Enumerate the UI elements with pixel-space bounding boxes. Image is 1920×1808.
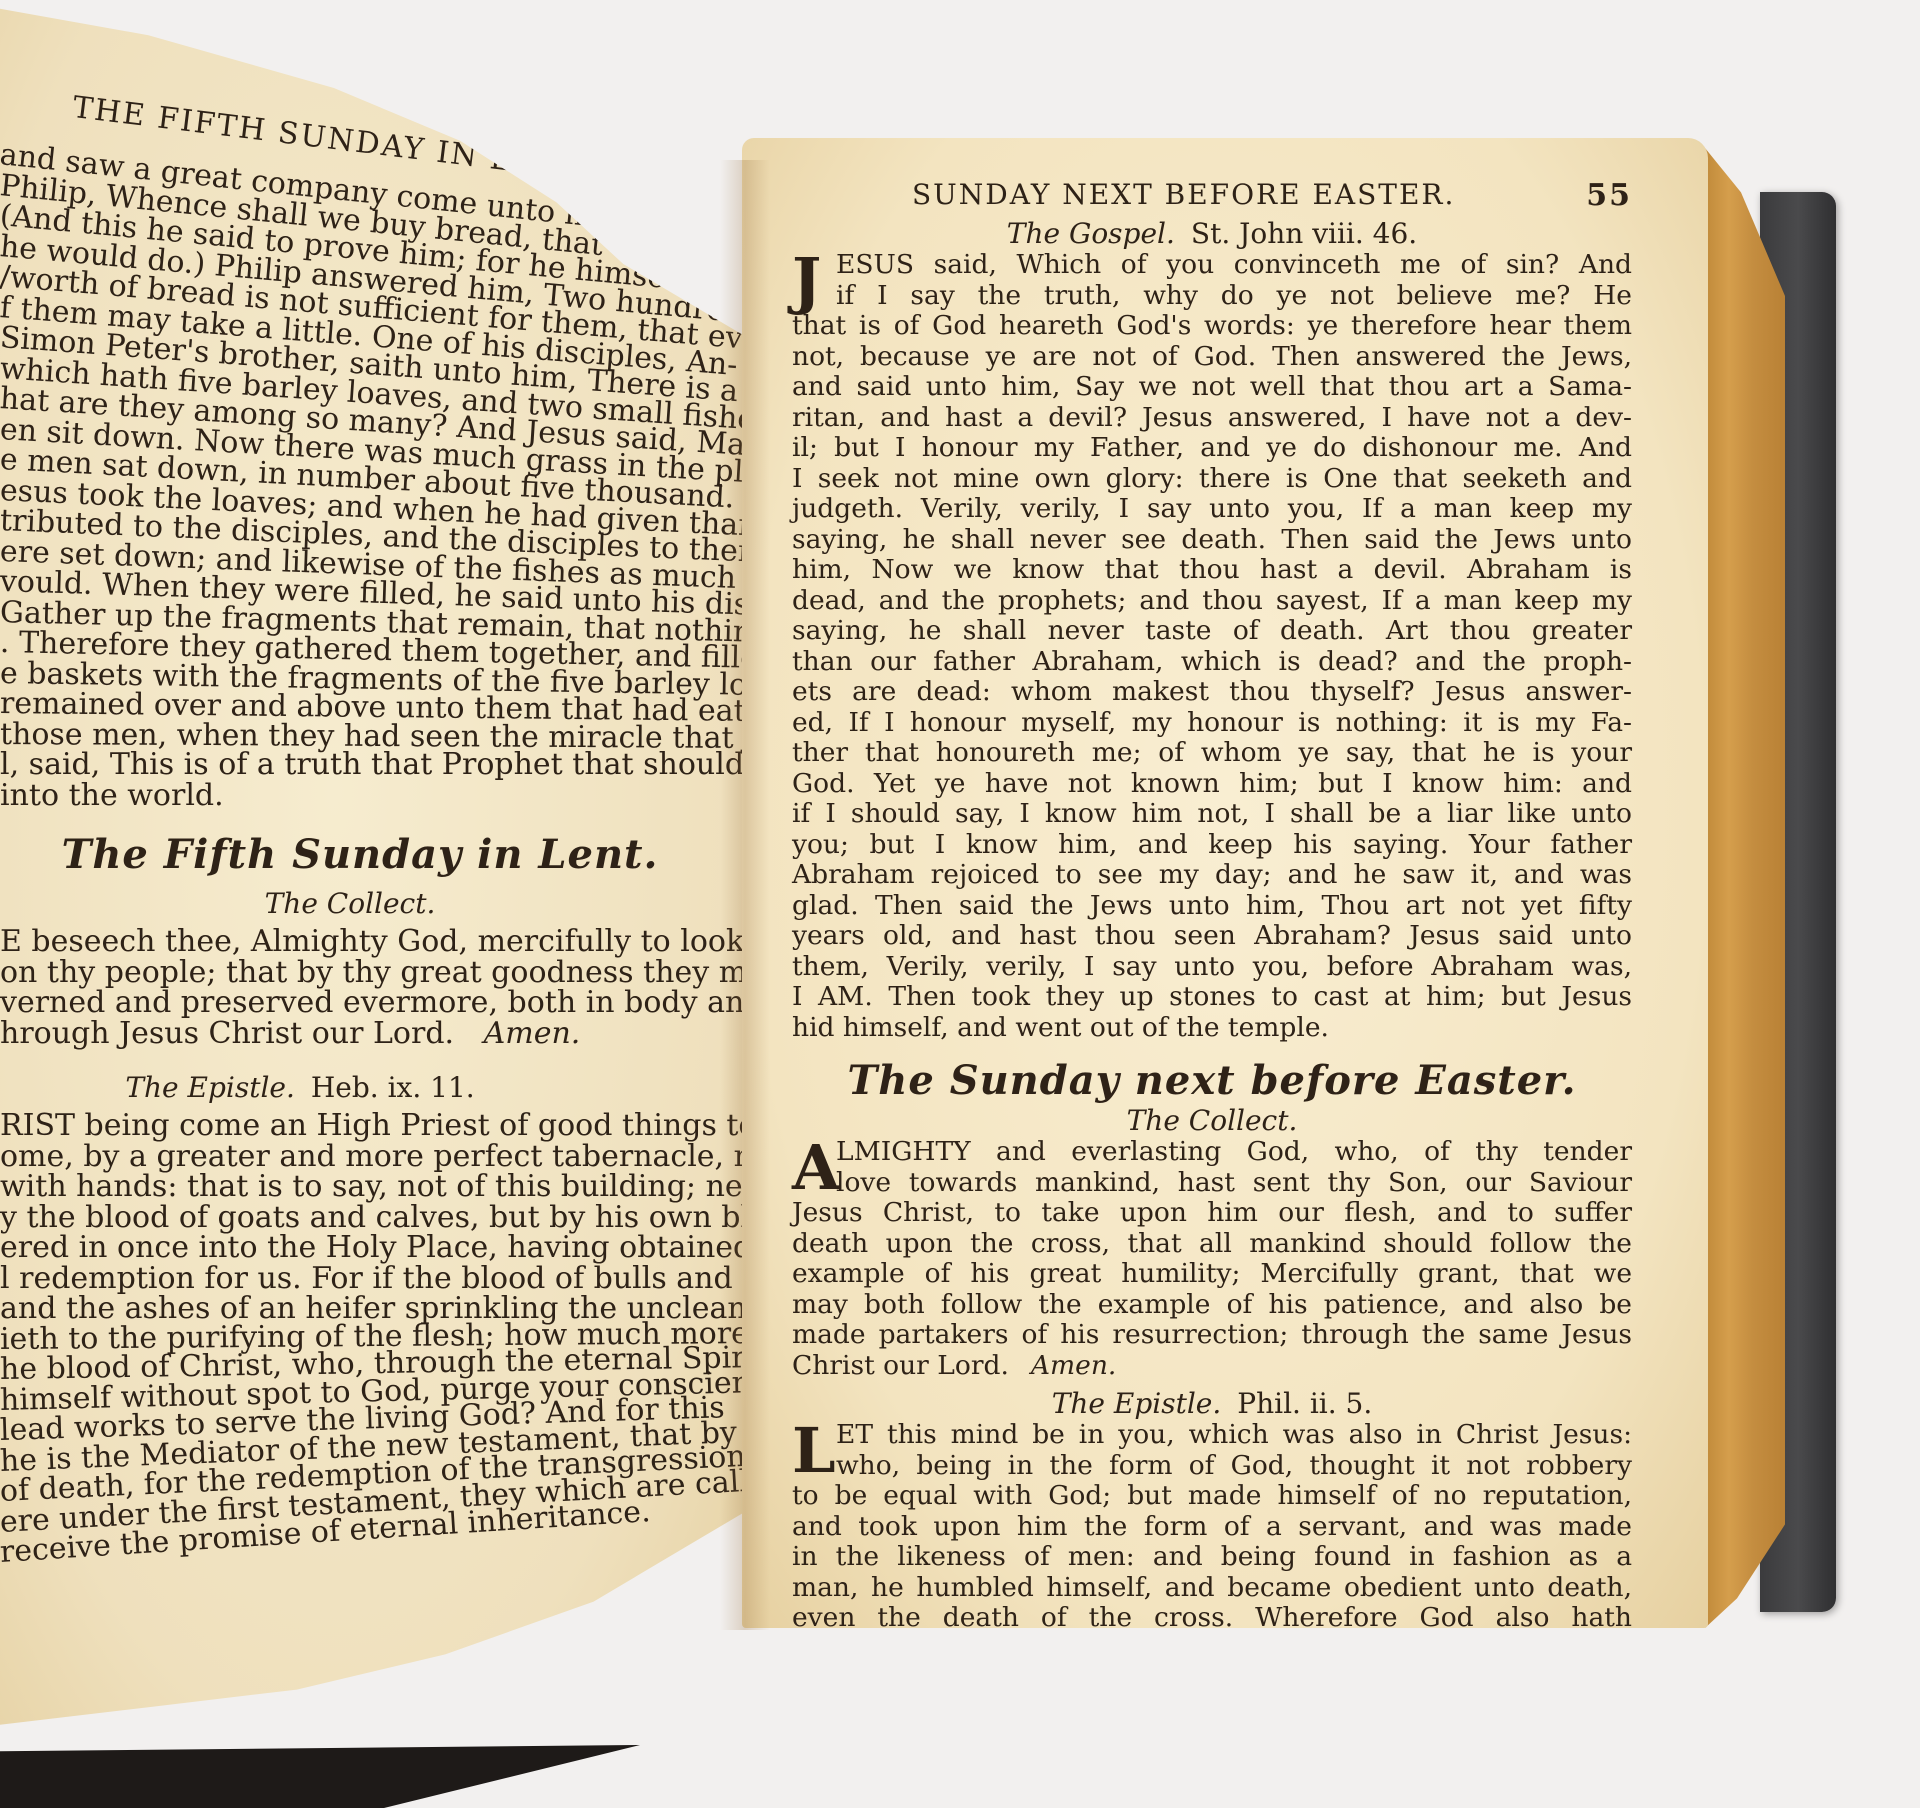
page-edges [1705,148,1785,1628]
text-line: that is of God heareth God's words: ye t… [792,311,1632,342]
drop-cap-a: A [792,1139,840,1197]
amen: Amen. [474,1016,580,1051]
text-line: may both follow the example of his patie… [792,1290,1632,1321]
amen: Amen. [1031,1350,1116,1381]
gospel-reference: St. John viii. 46. [1191,217,1417,250]
epistle-reference: Heb. ix. 11. [311,1071,475,1104]
text-line: him, Now we know that thou hast a devil.… [792,555,1632,586]
text-line: even the death of the cross. Wherefore G… [792,1603,1632,1628]
text-line: if I say the truth, why do ye not believ… [792,281,1632,312]
text-line: made partakers of his resurrection; thro… [792,1320,1632,1351]
text-line: Jesus Christ, to take upon him our flesh… [792,1198,1632,1229]
text-line: than our father Abraham, which is dead? … [792,647,1632,678]
text-line: RIST being come an High Priest of good t… [0,1111,742,1141]
text-line: years old, and hast thou seen Abraham? J… [792,921,1632,952]
text-line: glad. Then said the Jews unto him, Thou … [792,891,1632,922]
left-page: THE FIFTH SUNDAY IN LENT. and saw a grea… [0,0,742,1760]
text-line: y the blood of goats and calves, but by … [0,1203,742,1233]
section-title-fifth-sunday: The Fifth Sunday in Lent. [50,831,670,878]
epistle-heading: The Epistle.Phil. ii. 5. [792,1387,1632,1420]
text-line: ther that honoureth me; of whom ye say, … [792,738,1632,769]
text-line: hid himself, and went out of the temple. [792,1013,1632,1044]
text-line: and took upon him the form of a servant,… [792,1512,1632,1543]
text-line: I AM. Then took they up stones to cast a… [792,982,1632,1013]
text-line: man, he humbled himself, and became obed… [792,1573,1632,1604]
text-line: il; but I honour my Father, and ye do di… [792,433,1632,464]
text-line: on thy people; that by thy great goodnes… [0,958,742,988]
text-line: saying, he shall never see death. Then s… [792,525,1632,556]
text-line: ed, If I honour myself, my honour is not… [792,708,1632,739]
text-line: I seek not mine own glory: there is One … [792,464,1632,495]
epistle-heading-left: The Epistle.Heb. ix. 11. [50,1071,550,1104]
page-number: 55 [1586,178,1632,213]
text-line: if I should say, I know him not, I shall… [792,799,1632,830]
text-line: saying, he shall never taste of death. A… [792,616,1632,647]
epistle-text: L ET this mind be in you, which was also… [792,1420,1632,1628]
text-line: into the world. [0,781,224,811]
collect-heading-left: The Collect. [50,887,650,920]
gospel-heading: The Gospel.St. John viii. 46. [792,217,1632,250]
text-line: you; but I know him, and keep his saying… [792,830,1632,861]
text-line: E beseech thee, Almighty God, mercifully… [0,927,742,957]
right-running-head: SUNDAY NEXT BEFORE EASTER. 55 [912,178,1632,213]
text-line: and said unto him, Say we not well that … [792,372,1632,403]
text-line: to be equal with God; but made himself o… [792,1481,1632,1512]
text-line: ritan, and hast a devil? Jesus answered,… [792,403,1632,434]
drop-cap-l: L [792,1422,836,1480]
text-line: Christ our Lord.Amen. [792,1351,1632,1382]
text-line: God. Yet ye have not known him; but I kn… [792,769,1632,800]
text-line: ome, by a greater and more perfect taber… [0,1142,742,1172]
text-line: in the likeness of men: and being found … [792,1542,1632,1573]
book-cover-bottom [0,1745,640,1808]
text-line: with hands: that is to say, not of this … [0,1172,742,1202]
text-line: ESUS said, Which of you convinceth me of… [792,250,1632,281]
text-line: l, said, This is of a truth that Prophet… [0,750,742,780]
text-line: who, being in the form of God, thought i… [792,1451,1632,1482]
collect-heading: The Collect. [792,1104,1632,1137]
epistle-heading-label: The Epistle. [1052,1387,1222,1420]
text-line: ET this mind be in you, which was also i… [792,1420,1632,1451]
text-line: them, Verily, verily, I say unto you, be… [792,952,1632,983]
text-line: death upon the cross, that all mankind s… [792,1229,1632,1260]
text-line: verned and preserved evermore, both in b… [0,988,742,1018]
section-title-palm-sunday: The Sunday next before Easter. [792,1057,1632,1104]
gospel-text: J ESUS said, Which of you convinceth me … [792,250,1632,1043]
epistle-reference: Phil. ii. 5. [1237,1387,1372,1420]
ink-spot [145,1718,153,1728]
gospel-heading-label: The Gospel. [1007,217,1175,250]
epistle-heading-label: The Epistle. [125,1071,295,1104]
text-line: LMIGHTY and everlasting God, who, of thy… [792,1137,1632,1168]
text-line: judgeth. Verily, verily, I say unto you,… [792,494,1632,525]
text-line: ered in once into the Holy Place, having… [0,1233,742,1263]
text-line: dead, and the prophets; and thou sayest,… [792,586,1632,617]
text-line: example of his great humility; Mercifull… [792,1259,1632,1290]
right-page: SUNDAY NEXT BEFORE EASTER. 55 The Gospel… [742,138,1708,1628]
text-line: hrough Jesus Christ our Lord. Amen. [0,1019,580,1049]
collect-text: A LMIGHTY and everlasting God, who, of t… [792,1137,1632,1381]
running-head-title: SUNDAY NEXT BEFORE EASTER. [912,178,1455,213]
drop-cap-j: J [792,252,821,310]
text-line: l redemption for us. For if the blood of… [0,1264,742,1294]
text-line: love towards mankind, hast sent thy Son,… [792,1168,1632,1199]
text-line: ets are dead: whom makest thou thyself? … [792,677,1632,708]
text-line: not, because ye are not of God. Then ans… [792,342,1632,373]
text-line: Abraham rejoiced to see my day; and he s… [792,860,1632,891]
